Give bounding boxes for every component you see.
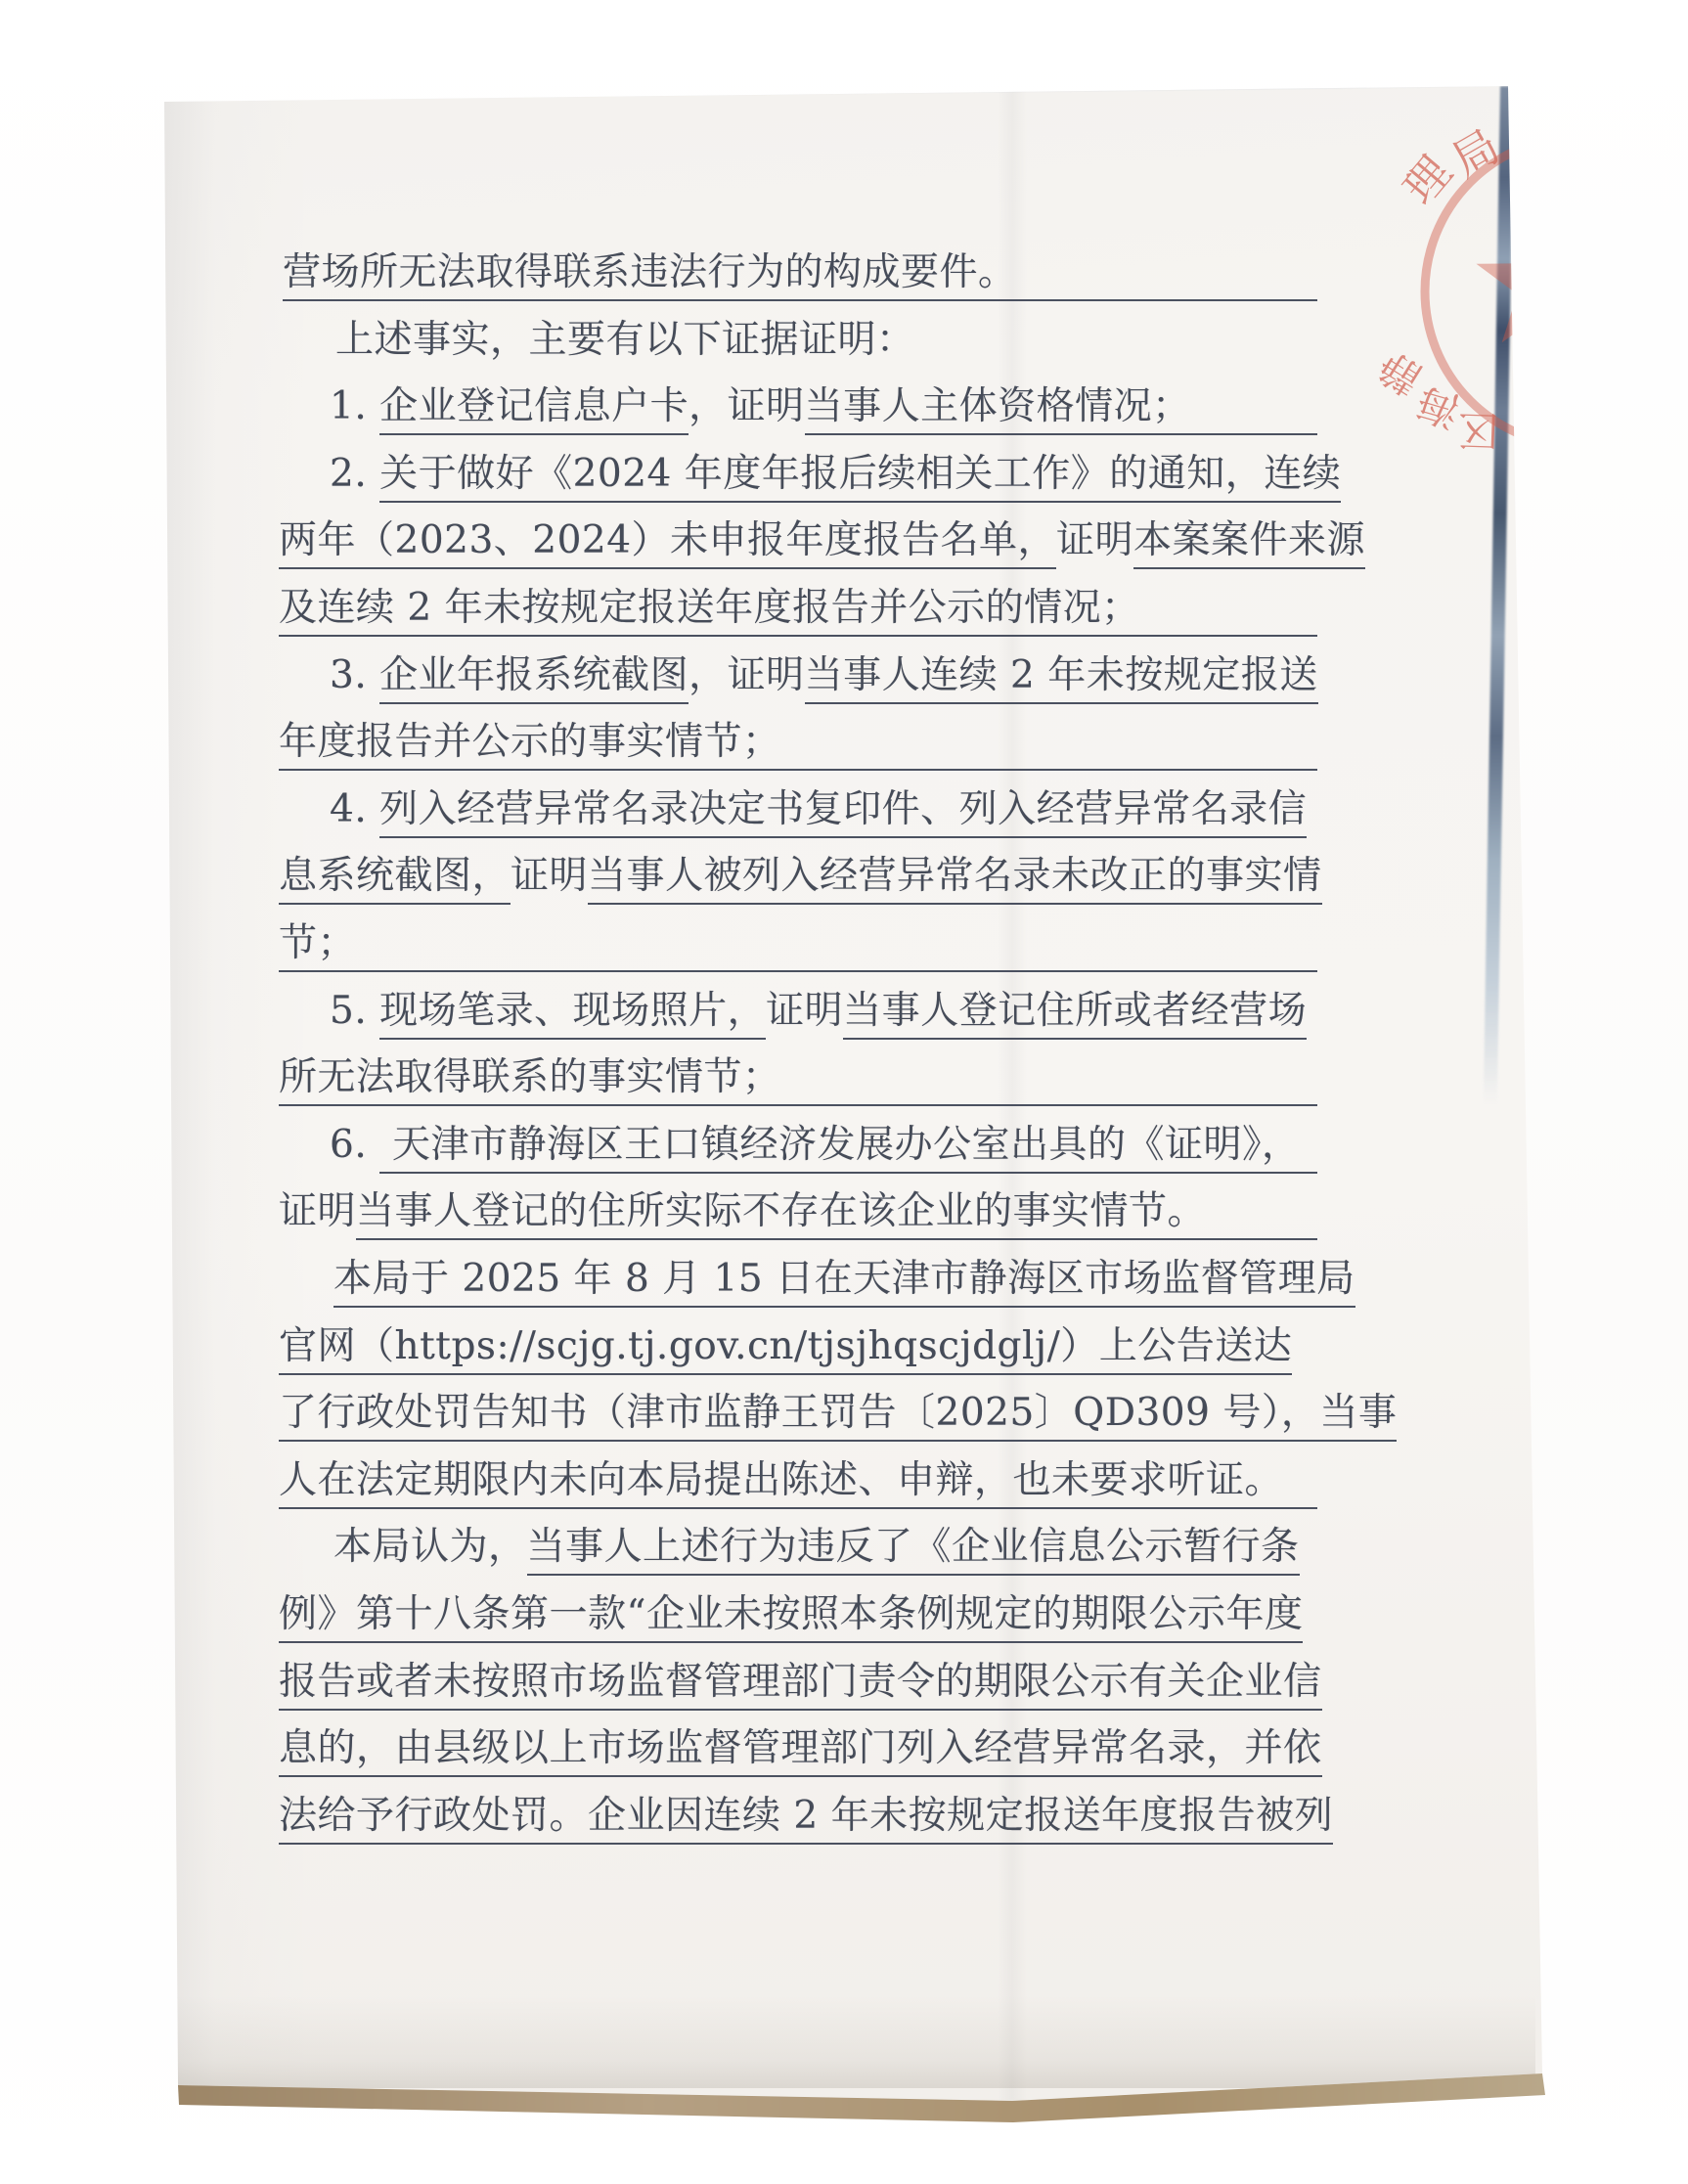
text-segment: 证明 bbox=[511, 850, 588, 905]
text-line: 两年（2023、2024）未申报年度报告名单，证明本案案件来源 bbox=[279, 514, 1317, 569]
text-segment: 5. bbox=[330, 985, 379, 1040]
text-line: 6. 天津市静海区王口镇经济发展办公室出具的《证明》， bbox=[279, 1119, 1317, 1174]
text-segment: 证明 bbox=[279, 1185, 356, 1240]
indent-spacer bbox=[279, 433, 330, 435]
underlined-text-segment: 年度报告并公示的事实情节； bbox=[279, 716, 781, 771]
underlined-text-segment: 当事人主体资格情况； bbox=[805, 380, 1191, 435]
underlined-text-segment: 人在法定期限内未向本局提出陈述、申辩，也未要求听证。 bbox=[279, 1454, 1283, 1509]
text-line: 人在法定期限内未向本局提出陈述、申辩，也未要求听证。 bbox=[279, 1454, 1317, 1509]
document-text-layer: 营场所无法取得联系违法行为的构成要件。上述事实，主要有以下证据证明：1. 企业登… bbox=[0, 0, 1688, 2184]
underlined-text-segment: 当事人登记住所或者经营场 bbox=[843, 985, 1307, 1040]
underlined-text-segment: 企业年报系统截图 bbox=[379, 649, 689, 704]
text-line: 3. 企业年报系统截图，证明当事人连续 2 年未按规定报送 bbox=[279, 649, 1317, 704]
underlined-text-segment: 本案案件来源 bbox=[1133, 514, 1365, 569]
text-line: 4. 列入经营异常名录决定书复印件、列入经营异常名录信 bbox=[279, 783, 1317, 838]
indent-spacer bbox=[279, 1306, 333, 1308]
text-line: 5. 现场笔录、现场照片，证明当事人登记住所或者经营场 bbox=[279, 985, 1317, 1040]
underlined-text-segment: 关于做好《2024 年度年报后续相关工作》的通知，连续 bbox=[379, 448, 1341, 503]
underlined-text-segment: 企业登记信息户卡 bbox=[379, 380, 689, 435]
trailing-rule bbox=[356, 970, 1317, 972]
text-line: 上述事实，主要有以下证据证明： bbox=[279, 314, 1317, 369]
text-segment: 3. bbox=[330, 649, 379, 704]
indent-spacer bbox=[279, 702, 330, 704]
text-line: 1. 企业登记信息户卡，证明当事人主体资格情况； bbox=[279, 380, 1317, 435]
underlined-text-segment: 法给予行政处罚。企业因连续 2 年未按规定报送年度报告被列 bbox=[279, 1790, 1333, 1845]
indent-spacer bbox=[279, 367, 335, 369]
text-line: 本局于 2025 年 8 月 15 日在天津市静海区市场监督管理局 bbox=[279, 1253, 1317, 1308]
indent-spacer bbox=[279, 501, 330, 503]
underlined-text-segment: 天津市静海区王口镇经济发展办公室出具的《证明》， bbox=[379, 1119, 1300, 1174]
document-page: 理 局 静 海 区 营场所无法取得联系违法行为的构成要件。上述事实，主要有以下证… bbox=[0, 0, 1688, 2184]
trailing-rule bbox=[1206, 1238, 1317, 1240]
indent-spacer bbox=[279, 836, 330, 838]
underlined-text-segment: 当事人上述行为违反了《企业信息公示暂行条 bbox=[527, 1521, 1300, 1576]
trailing-rule bbox=[1283, 1507, 1317, 1509]
text-segment: ，证明 bbox=[689, 380, 805, 435]
text-line: 节； bbox=[279, 917, 1317, 972]
text-line: 证明当事人登记的住所实际不存在该企业的事实情节。 bbox=[279, 1185, 1317, 1240]
underlined-text-segment: 所无法取得联系的事实情节； bbox=[279, 1051, 781, 1106]
text-segment: ，证明 bbox=[689, 649, 805, 704]
indent-spacer bbox=[279, 1038, 330, 1040]
underlined-text-segment: 息系统截图， bbox=[279, 850, 511, 905]
underlined-text-segment: 息的，由县级以上市场监督管理部门列入经营异常名录，并依 bbox=[279, 1722, 1322, 1777]
trailing-rule bbox=[1017, 299, 1317, 301]
text-line: 及连续 2 年未按规定报送年度报告并公示的情况； bbox=[279, 582, 1317, 637]
text-line: 官网（https://scjg.tj.gov.cn/tjsjhqscjdglj/… bbox=[279, 1320, 1317, 1375]
underlined-text-segment: 及连续 2 年未按规定报送年度报告并公示的情况； bbox=[279, 582, 1140, 637]
trailing-rule bbox=[781, 1104, 1317, 1106]
underlined-text-segment: 两年（2023、2024）未申报年度报告名单， bbox=[279, 514, 1056, 569]
underlined-text-segment: 当事人被列入经营异常名录未改正的事实情 bbox=[588, 850, 1322, 905]
text-line: 息的，由县级以上市场监督管理部门列入经营异常名录，并依 bbox=[279, 1722, 1317, 1777]
text-segment: 1. bbox=[330, 380, 379, 435]
text-line: 了行政处罚告知书（津市监静王罚告〔2025〕QD309 号），当事 bbox=[279, 1387, 1317, 1442]
text-line: 报告或者未按照市场监督管理部门责令的期限公示有关企业信 bbox=[279, 1656, 1317, 1711]
text-line: 所无法取得联系的事实情节； bbox=[279, 1051, 1317, 1106]
underlined-text-segment: 现场笔录、现场照片， bbox=[379, 985, 766, 1040]
underlined-text-segment: 列入经营异常名录决定书复印件、列入经营异常名录信 bbox=[379, 783, 1307, 838]
text-segment: 6. bbox=[330, 1119, 379, 1174]
underlined-text-segment: 当事人连续 2 年未按规定报送 bbox=[805, 649, 1318, 704]
text-segment: 证明 bbox=[1056, 514, 1133, 569]
text-line: 息系统截图，证明当事人被列入经营异常名录未改正的事实情 bbox=[279, 850, 1317, 905]
underlined-text-segment: 当事人登记的住所实际不存在该企业的事实情节。 bbox=[356, 1185, 1206, 1240]
text-segment: 4. bbox=[330, 783, 379, 838]
underlined-text-segment: 官网（https://scjg.tj.gov.cn/tjsjhqscjdglj/… bbox=[279, 1320, 1292, 1375]
trailing-rule bbox=[1301, 1172, 1317, 1174]
underlined-text-segment: 营场所无法取得联系违法行为的构成要件。 bbox=[283, 246, 1017, 301]
text-line: 2. 关于做好《2024 年度年报后续相关工作》的通知，连续 bbox=[279, 448, 1317, 503]
text-segment: 证明 bbox=[766, 985, 843, 1040]
underlined-text-segment: 本局于 2025 年 8 月 15 日在天津市静海区市场监督管理局 bbox=[333, 1253, 1355, 1308]
underlined-text-segment: 了行政处罚告知书（津市监静王罚告〔2025〕QD309 号），当事 bbox=[279, 1387, 1397, 1442]
scanned-document-canvas: 理 局 静 海 区 营场所无法取得联系违法行为的构成要件。上述事实，主要有以下证… bbox=[0, 0, 1688, 2184]
text-segment: 本局认为， bbox=[333, 1521, 527, 1576]
underlined-text-segment: 例》第十八条第一款“企业未按照本条例规定的期限公示年度 bbox=[279, 1588, 1303, 1643]
text-segment: 上述事实，主要有以下证据证明： bbox=[335, 314, 915, 369]
trailing-rule bbox=[781, 769, 1317, 771]
trailing-rule bbox=[1191, 433, 1317, 435]
text-line: 本局认为，当事人上述行为违反了《企业信息公示暂行条 bbox=[279, 1521, 1317, 1576]
text-line: 年度报告并公示的事实情节； bbox=[279, 716, 1317, 771]
text-segment: 2. bbox=[330, 448, 379, 503]
indent-spacer bbox=[279, 1574, 333, 1576]
trailing-rule bbox=[1140, 635, 1317, 637]
underlined-text-segment: 报告或者未按照市场监督管理部门责令的期限公示有关企业信 bbox=[279, 1656, 1322, 1711]
text-line: 法给予行政处罚。企业因连续 2 年未按规定报送年度报告被列 bbox=[279, 1790, 1317, 1845]
text-line: 营场所无法取得联系违法行为的构成要件。 bbox=[279, 246, 1317, 301]
underlined-text-segment: 节； bbox=[279, 917, 356, 972]
text-line: 例》第十八条第一款“企业未按照本条例规定的期限公示年度 bbox=[279, 1588, 1317, 1643]
indent-spacer bbox=[279, 1172, 330, 1174]
